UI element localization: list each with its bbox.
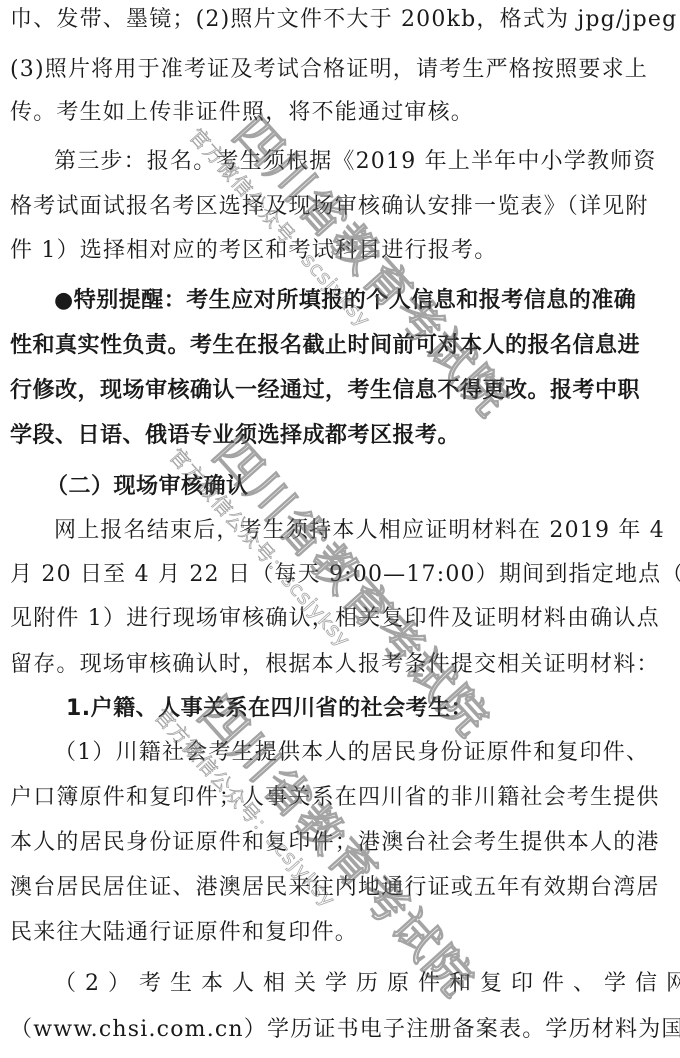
- text-line: 格考试面试报名考区选择及现场审核确认安排一览表》（详见附: [10, 192, 670, 222]
- text-line: 学段、日语、俄语专业须选择成都考区报考。: [10, 421, 670, 451]
- text-line: （1）川籍社会考生提供本人的居民身份证原件和复印件、: [54, 738, 670, 768]
- text-line: （www.chsi.com.cn）学历证书电子注册备案表。学历材料为国: [10, 1015, 670, 1045]
- text-line: 澳台居民居住证、港澳居民来往内地通行证或五年有效期台湾居: [10, 873, 670, 903]
- text-line: 行修改，现场审核确认一经通过，考生信息不得更改。报考中职: [10, 376, 670, 406]
- step-three-paragraph: 第三步：报名。考生须根据《2019 年上半年中小学教师资: [54, 147, 670, 177]
- text-line: 网上报名结束后，考生须持本人相应证明材料在 2019 年 4: [54, 516, 670, 546]
- text-line: 留存。现场审核确认时，根据本人报考条件提交相关证明材料：: [10, 650, 670, 680]
- document-page: 巾、发带、墨镜；(2)照片文件不大于 200kb，格式为 jpg/jpeg； (…: [0, 0, 680, 1058]
- special-reminder: ●特别提醒：考生应对所填报的个人信息和报考信息的准确: [54, 286, 670, 316]
- text-line: 民来往大陆通行证原件和复印件。: [10, 918, 670, 948]
- text-line: 巾、发带、墨镜；(2)照片文件不大于 200kb，格式为 jpg/jpeg；: [10, 5, 670, 35]
- text-line: 性和真实性负责。考生在报名截止时间前可对本人的报名信息进: [10, 331, 670, 361]
- subsection-heading: 1.户籍、人事关系在四川省的社会考生：: [66, 694, 680, 724]
- text-line: 传。考生如上传非证件照，将不能通过审核。: [10, 98, 670, 128]
- text-line: 户口簿原件和复印件；人事关系在四川省的非川籍社会考生提供: [10, 783, 670, 813]
- text-line: （2）考生本人相关学历原件和复印件、学信网: [54, 969, 670, 999]
- text-line: (3)照片将用于准考证及考试合格证明，请考生严格按照要求上: [10, 55, 670, 85]
- text-line: 见附件 1）进行现场审核确认，相关复印件及证明材料由确认点: [10, 604, 670, 634]
- text-line: 件 1）选择相对应的考区和考试科目进行报考。: [10, 236, 670, 266]
- text-line: 月 20 日至 4 月 22 日（每天 9:00—17:00）期间到指定地点（详: [10, 560, 670, 590]
- section-heading: （二）现场审核确认: [46, 472, 662, 502]
- text-line: 本人的居民身份证原件和复印件；港澳台社会考生提供本人的港: [10, 828, 670, 858]
